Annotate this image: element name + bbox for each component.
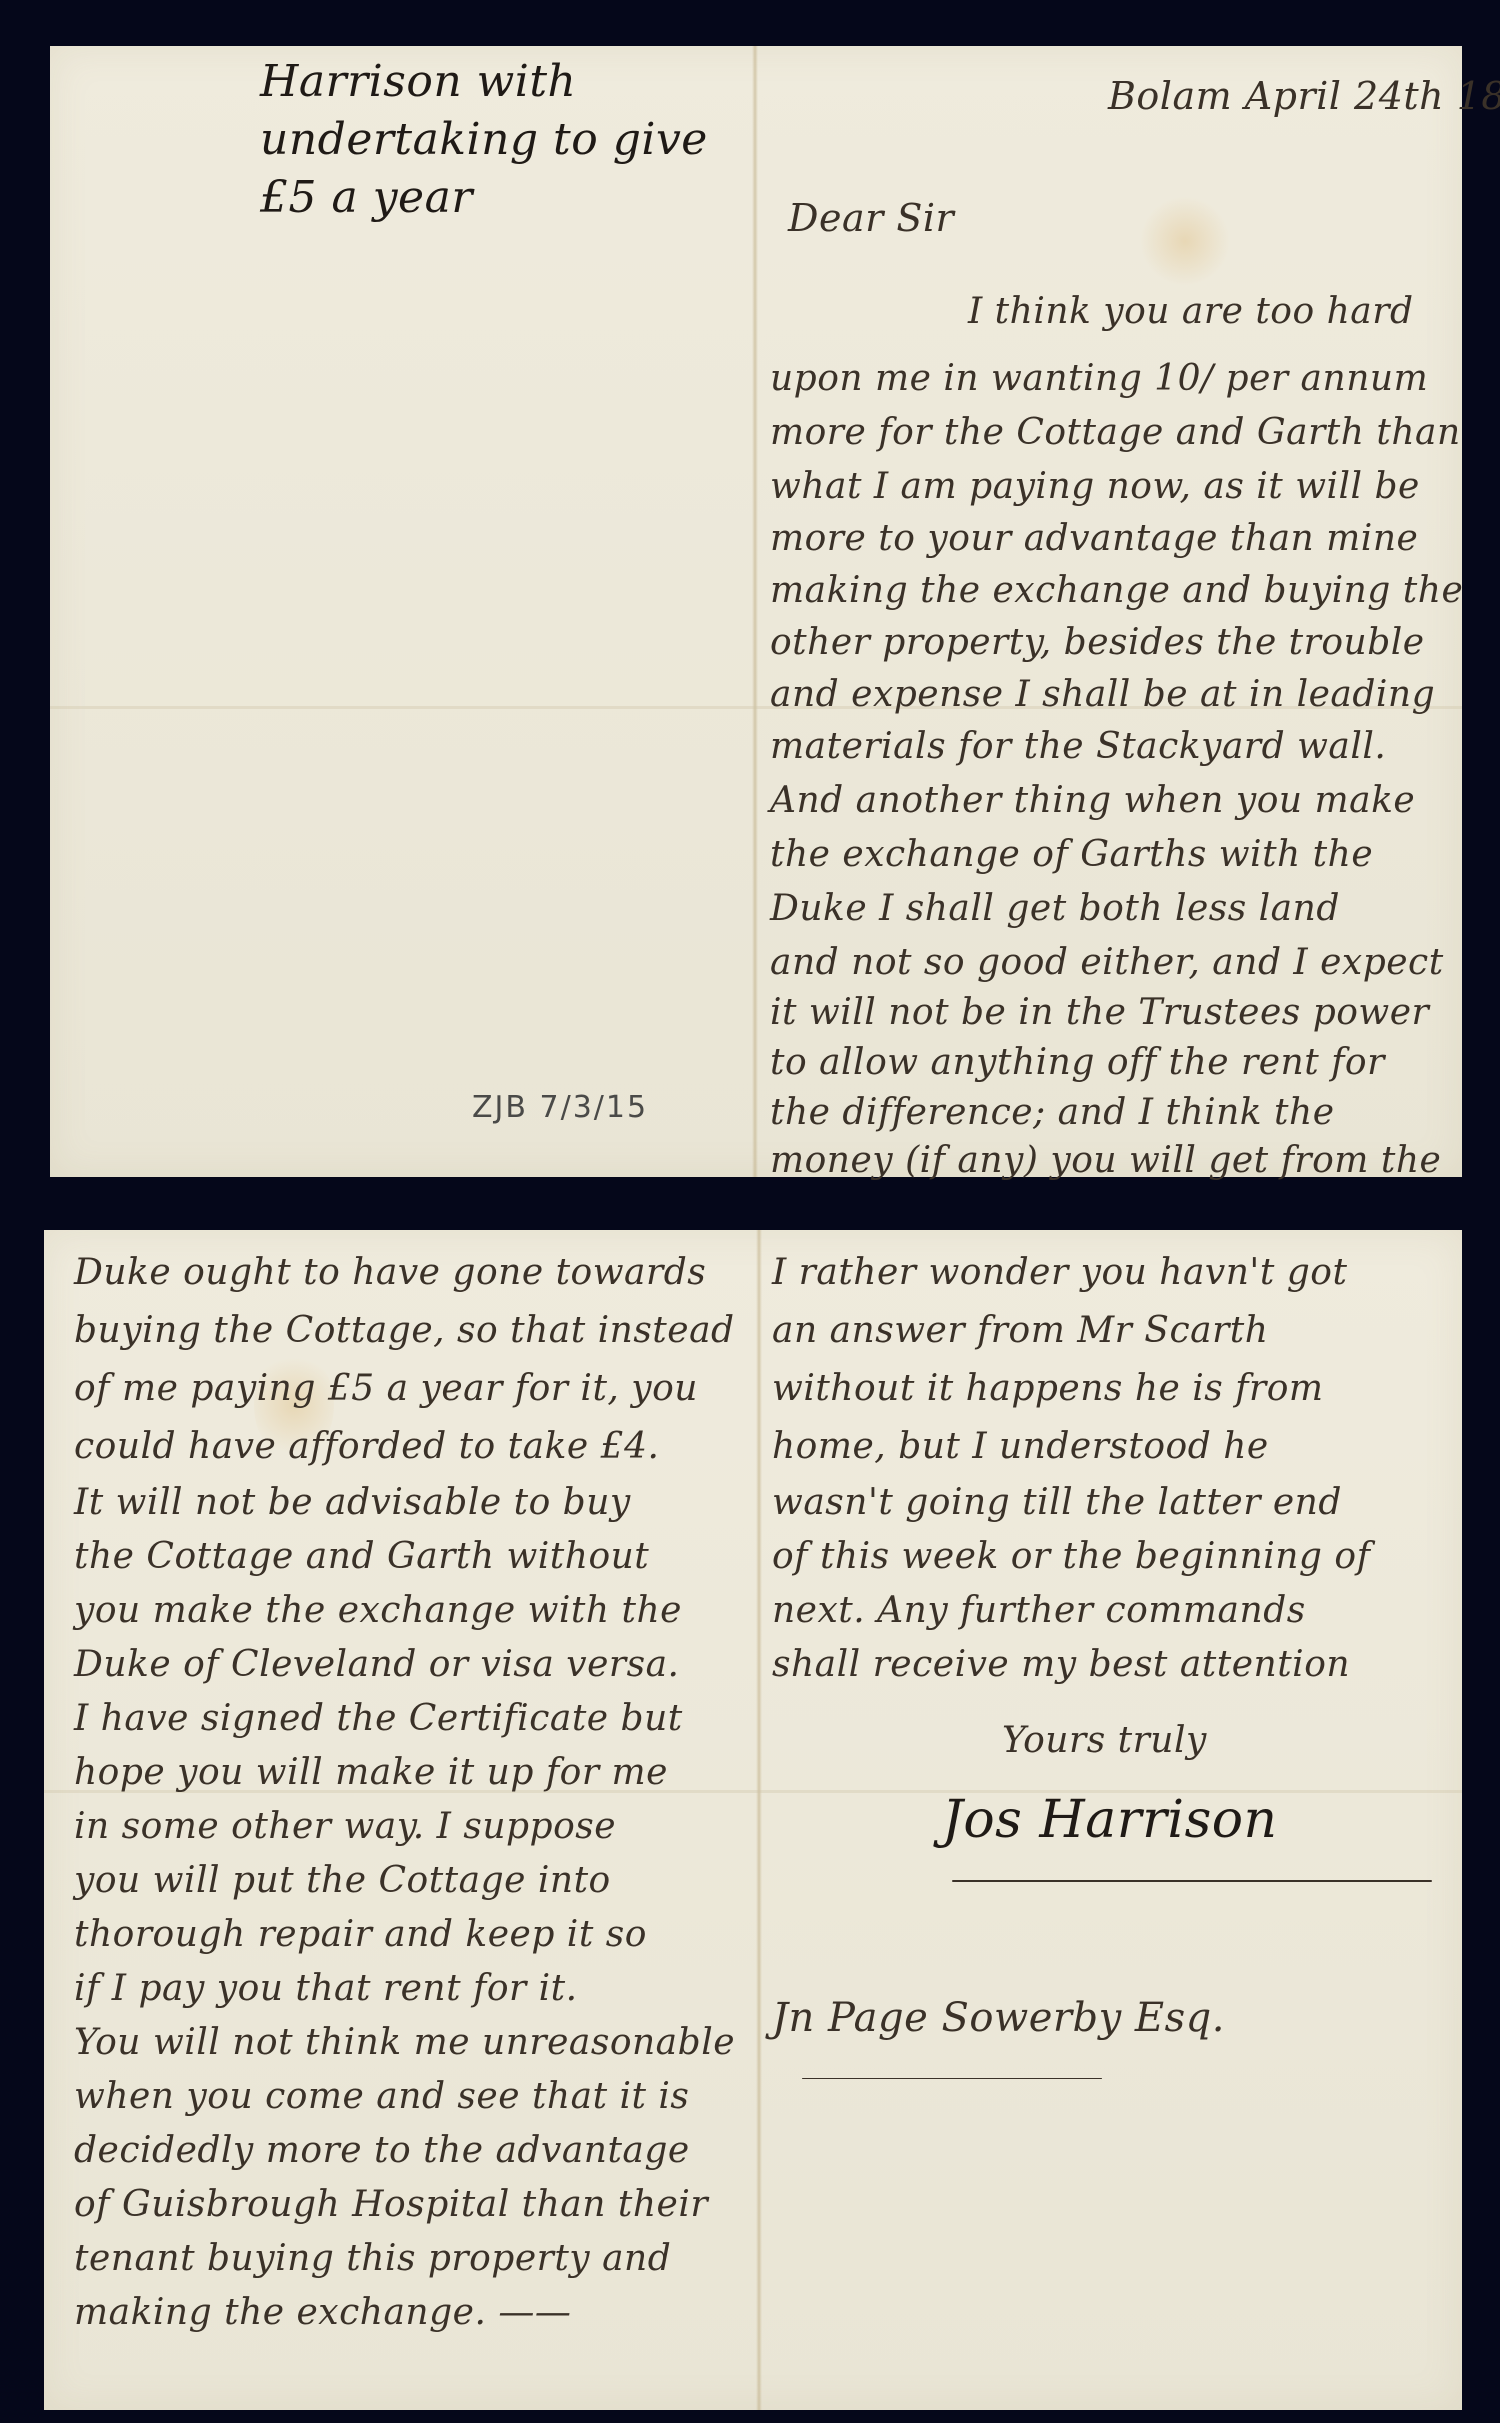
letter-line: of this week or the beginning of [772,1536,1370,1577]
top-left-page: Harrison with undertaking to give £5 a y… [50,46,752,1177]
signature-underline [952,1880,1432,1882]
letter-line: the exchange of Garths with the [770,834,1373,875]
letter-line: could have afforded to take £4. [74,1426,659,1467]
letter-line: buying the Cottage, so that instead [74,1310,735,1351]
letter-line: I have signed the Certificate but [74,1698,683,1739]
letter-line: an answer from Mr Scarth [772,1310,1268,1351]
endorsement-line: £5 a year [260,172,473,223]
letter-line: home, but I understood he [772,1426,1269,1467]
letter-line: And another thing when you make [770,780,1415,821]
letter-line: when you come and see that it is [74,2076,689,2117]
letter-line: what I am paying now, as it will be [770,466,1420,507]
bottom-left-page: Duke ought to have gone towards buying t… [44,1230,756,2410]
letter-line: making the exchange and buying the [770,570,1463,611]
top-right-page: Bolam April 24th 1861 Dear Sir I think y… [758,46,1462,1177]
letter-line: I think you are too hard [968,291,1414,332]
archive-reference: ZJB 7/3/15 [472,1090,648,1125]
letter-line: without it happens he is from [772,1368,1324,1409]
letter-line: thorough repair and keep it so [74,1914,647,1955]
letter-line: you will put the Cottage into [74,1860,611,1901]
letter-line: It will not be advisable to buy [74,1482,631,1523]
endorsement-line: undertaking to give [260,114,708,165]
addressee: Jn Page Sowerby Esq. [772,1995,1225,2041]
letter-line: wasn't going till the latter end [772,1482,1342,1523]
letter-line: in some other way. I suppose [74,1806,616,1847]
letter-line: Duke ought to have gone towards [74,1252,706,1293]
letter-line: other property, besides the trouble [770,622,1425,663]
letter-line: materials for the Stackyard wall. [770,726,1386,767]
letter-line: the Cottage and Garth without [74,1536,649,1577]
letter-line: next. Any further commands [772,1590,1306,1631]
letter-line: making the exchange. —— [74,2292,571,2333]
letter-line: you make the exchange with the [74,1590,682,1631]
letter-line: the difference; and I think the [770,1092,1335,1133]
bottom-right-page: I rather wonder you havn't got an answer… [762,1230,1462,2410]
letter-line: of me paying £5 a year for it, you [74,1368,698,1409]
closing: Yours truly [1002,1720,1207,1761]
letter-line: more for the Cottage and Garth than [770,412,1461,453]
letter-line: upon me in wanting 10/ per annum [770,358,1428,399]
letter-line: I rather wonder you havn't got [772,1252,1347,1293]
letter-line: hope you will make it up for me [74,1752,668,1793]
letter-line: Duke of Cleveland or visa versa. [74,1644,680,1685]
letter-line: tenant buying this property and [74,2238,671,2279]
bottom-sheet: Duke ought to have gone towards buying t… [44,1230,1462,2410]
place-date: Bolam April 24th 1861 [1108,74,1500,118]
letter-line: Duke I shall get both less land [770,888,1340,929]
letter-line: money (if any) you will get from the [770,1140,1441,1181]
letter-line: You will not think me unreasonable [74,2022,735,2063]
letter-line: shall receive my best attention [772,1644,1350,1685]
addressee-flourish [802,2078,1102,2079]
letter-line: it will not be in the Trustees power [770,992,1429,1033]
salutation: Dear Sir [788,196,954,240]
letter-line: and expense I shall be at in leading [770,674,1435,715]
letter-line: and not so good either, and I expect [770,942,1444,983]
letter-line: of Guisbrough Hospital than their [74,2184,708,2225]
letter-line: if I pay you that rent for it. [74,1968,578,2009]
letter-line: decidedly more to the advantage [74,2130,690,2171]
signature: Jos Harrison [942,1790,1278,1850]
letter-line: more to your advantage than mine [770,518,1418,559]
endorsement-line: Harrison with [260,56,576,107]
letter-line: to allow anything off the rent for [770,1042,1385,1083]
top-sheet: Harrison with undertaking to give £5 a y… [50,46,1462,1177]
